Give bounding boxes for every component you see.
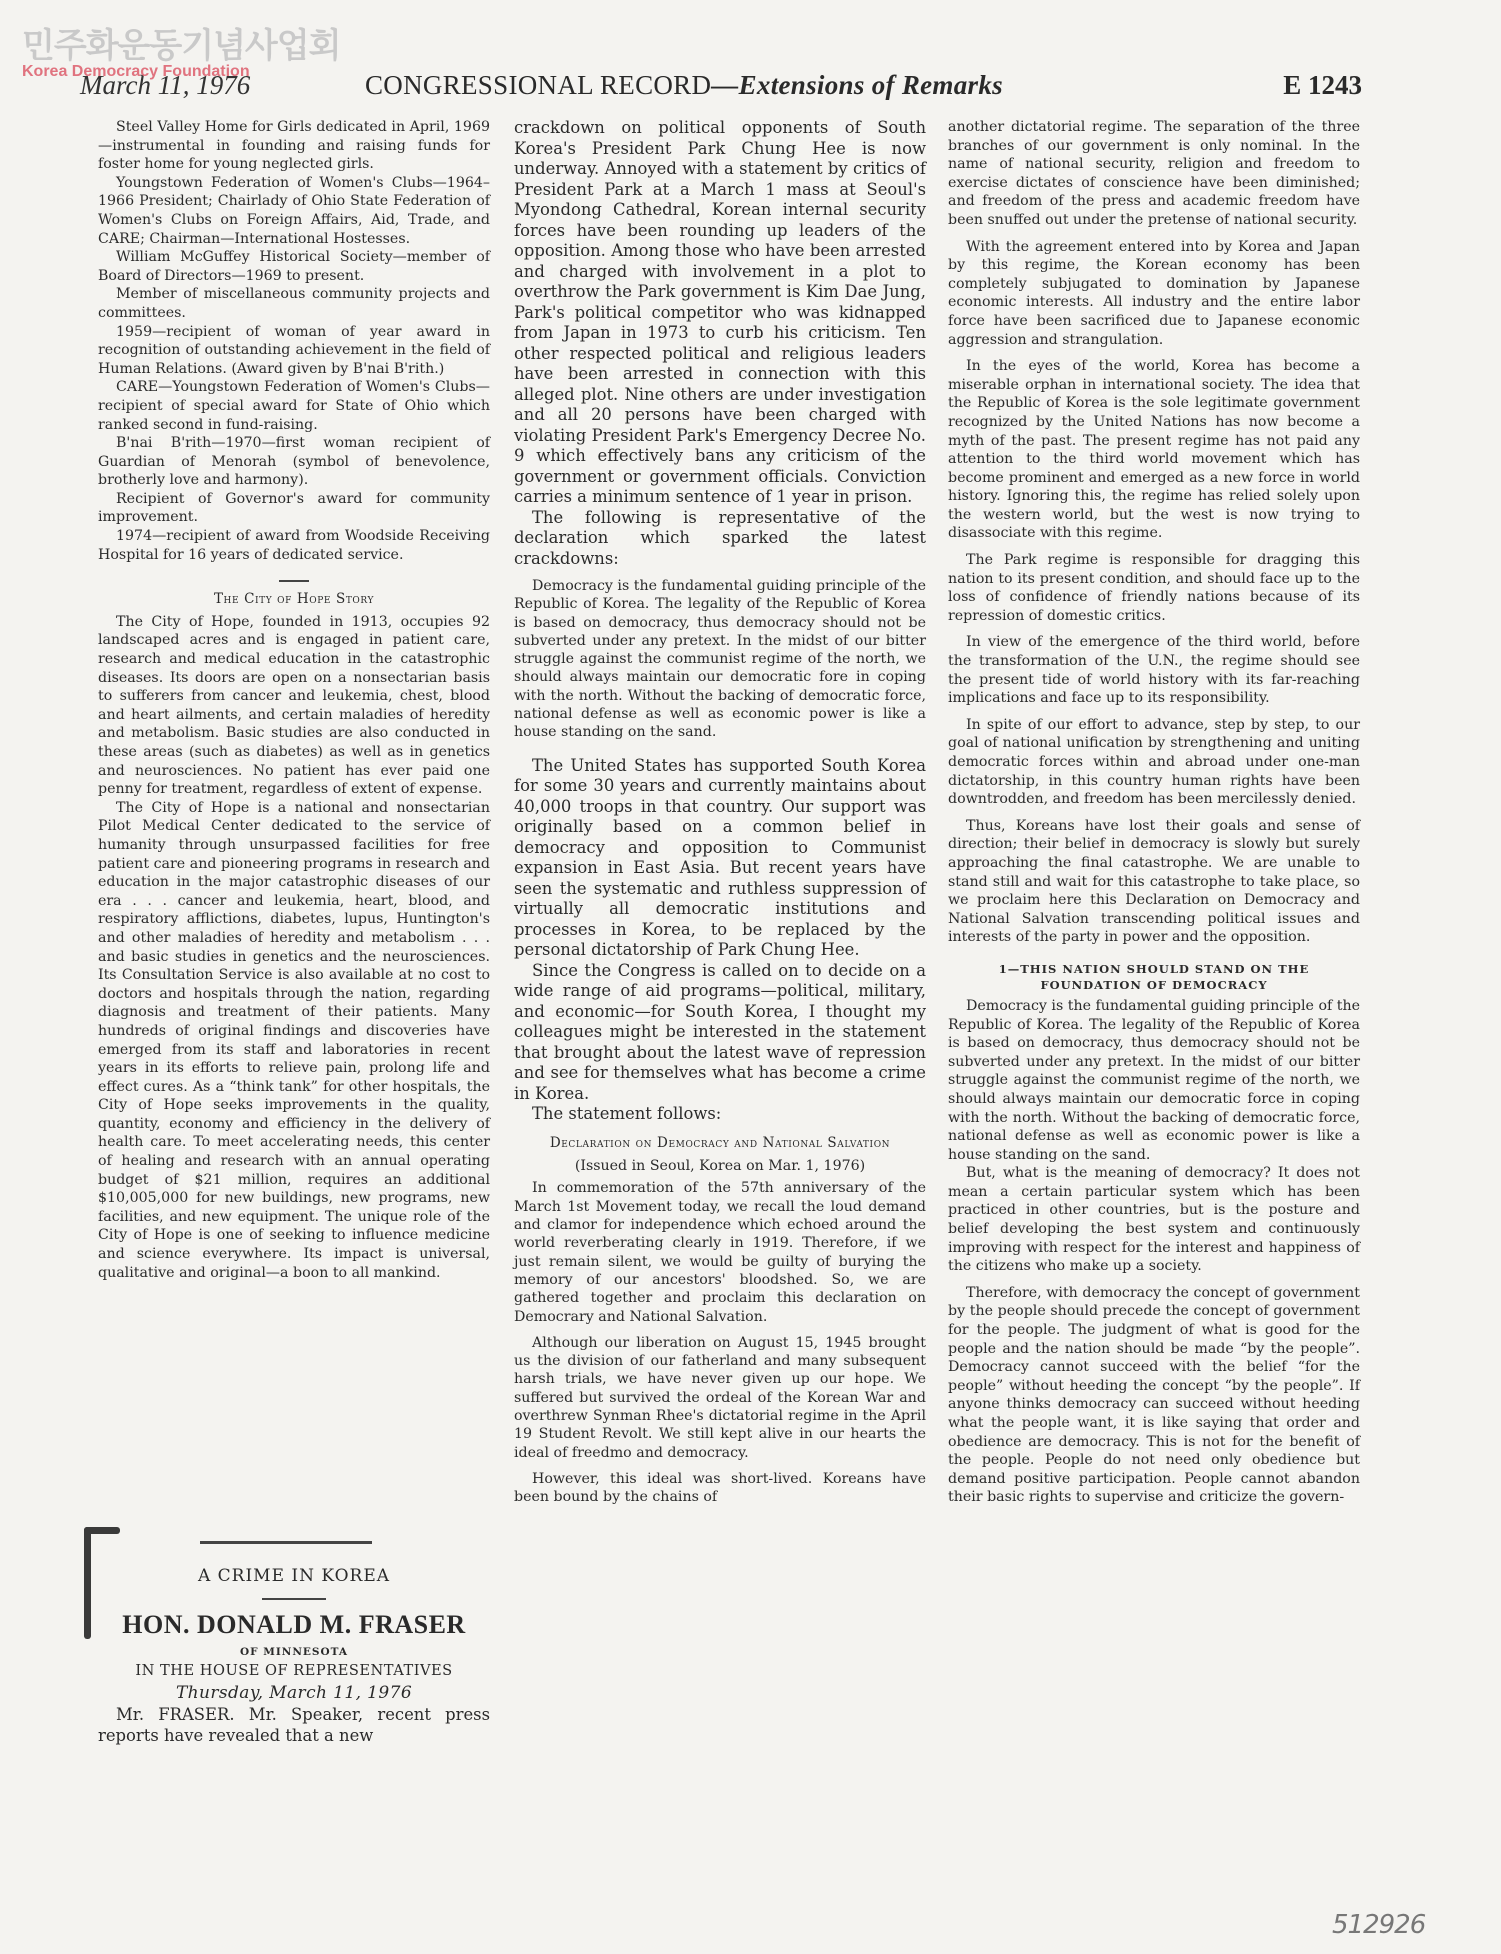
paragraph: CARE—Youngstown Federation of Women's Cl… (98, 378, 490, 434)
foundation-watermark-english: Korea Democracy Foundation (22, 63, 250, 81)
subheading-city-of-hope: The City of Hope Story (98, 590, 490, 609)
paragraph: The United States has supported South Ko… (514, 756, 926, 961)
divider (200, 1541, 372, 1544)
paragraph: 1959—recipient of woman of year award in… (98, 323, 490, 379)
declaration-paragraph: Although our liberation on August 15, 19… (514, 1334, 926, 1462)
paragraph: another dictatorial regime. The separati… (948, 118, 1360, 230)
foundation-watermark-korean: 민주화운동기념사업회 (22, 18, 340, 67)
column-1: Steel Valley Home for Girls dedicated in… (98, 118, 490, 1282)
speech-opening: Mr. FRASER. Mr. Speaker, recent press re… (98, 1705, 490, 1746)
header-title: CONGRESSIONAL RECORD—Extensions of Remar… (365, 70, 1003, 101)
paragraph: William McGuffey Historical Society—memb… (98, 248, 490, 285)
speech-date: Thursday, March 11, 1976 (98, 1683, 490, 1703)
paragraph: Member of miscellaneous community projec… (98, 285, 490, 322)
column-2: crackdown on political opponents of Sout… (514, 118, 926, 1507)
speech-heading-block: A CRIME IN KOREA HON. DONALD M. FRASER O… (98, 1566, 490, 1746)
paragraph: In the eyes of the world, Korea has beco… (948, 357, 1360, 543)
divider (279, 580, 309, 582)
paragraph: The City of Hope, founded in 1913, occup… (98, 613, 490, 799)
paragraph: The City of Hope is a national and nonse… (98, 799, 490, 1282)
column-3: another dictatorial regime. The separati… (948, 118, 1360, 1507)
declaration-paragraph: However, this ideal was short-lived. Kor… (514, 1470, 926, 1507)
declaration-issued: (Issued in Seoul, Korea on Mar. 1, 1976) (514, 1157, 926, 1175)
paragraph: The Park regime is responsible for dragg… (948, 551, 1360, 625)
declaration-excerpt: Democracy is the fundamental guiding pri… (514, 577, 926, 742)
paragraph: Steel Valley Home for Girls dedicated in… (98, 118, 490, 174)
page-header: March 11, 1976 CONGRESSIONAL RECORD—Exte… (80, 70, 1362, 106)
paragraph: Youngstown Federation of Women's Clubs—1… (98, 174, 490, 248)
page-number: E 1243 (1283, 70, 1362, 101)
paragraph: With the agreement entered into by Korea… (948, 238, 1360, 350)
handwritten-archive-number: 512926 (1332, 1910, 1425, 1940)
speaker-name: HON. DONALD M. FRASER (98, 1610, 490, 1640)
section-heading: 1—THIS NATION SHOULD STAND ON THEFOUNDAT… (948, 961, 1360, 993)
section-name: —Extensions of Remarks (711, 70, 1003, 100)
paragraph: In view of the emergence of the third wo… (948, 633, 1360, 707)
section-heading-line-2: FOUNDATION OF DEMOCRACY (1040, 978, 1267, 992)
paragraph: Therefore, with democracy the concept of… (948, 1284, 1360, 1507)
paragraph: But, what is the meaning of democracy? I… (948, 1164, 1360, 1276)
declaration-title: Declaration on Democracy and National Sa… (514, 1133, 926, 1154)
speech-title: A CRIME IN KOREA (98, 1566, 490, 1586)
paragraph: crackdown on political opponents of Sout… (514, 118, 926, 508)
section-heading-line-1: 1—THIS NATION SHOULD STAND ON THE (999, 962, 1310, 976)
paragraph: In spite of our effort to advance, step … (948, 716, 1360, 809)
paragraph: 1974—recipient of award from Woodside Re… (98, 527, 490, 564)
speaker-state: OF MINNESOTA (98, 1646, 490, 1658)
divider (262, 1598, 326, 1600)
declaration-paragraph: In commemoration of the 57th anniversary… (514, 1179, 926, 1325)
paragraph: The following is representative of the d… (514, 508, 926, 570)
paragraph: B'nai B'rith—1970—first woman recipient … (98, 434, 490, 490)
publication-name: CONGRESSIONAL RECORD (365, 70, 711, 100)
paragraph: The statement follows: (514, 1104, 926, 1125)
paragraph: Thus, Koreans have lost their goals and … (948, 817, 1360, 947)
paragraph: Since the Congress is called on to decid… (514, 961, 926, 1105)
paragraph: Recipient of Governor's award for commun… (98, 490, 490, 527)
paragraph: Democracy is the fundamental guiding pri… (948, 997, 1360, 1164)
chamber: IN THE HOUSE OF REPRESENTATIVES (98, 1662, 490, 1679)
